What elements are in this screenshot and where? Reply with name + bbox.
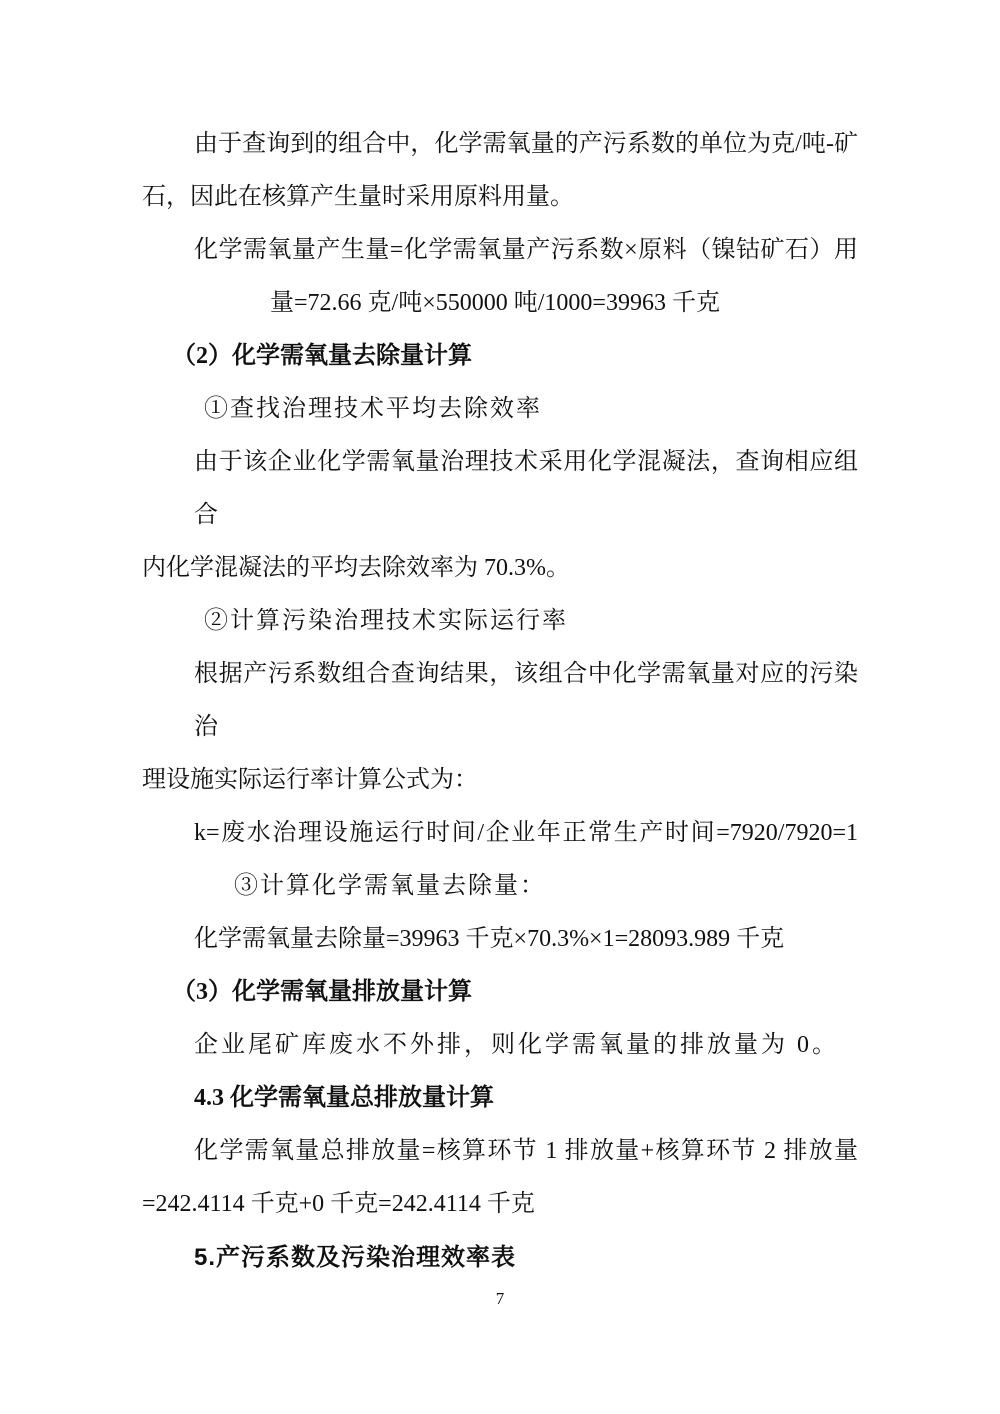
page-body: 由于查询到的组合中，化学需氧量的产污系数的单位为克/吨-矿 石，因此在核算产生量… <box>142 118 858 1284</box>
heading-4-3: 4.3 化学需氧量总排放量计算 <box>142 1072 858 1125</box>
document-page: 由于查询到的组合中，化学需氧量的产污系数的单位为克/吨-矿 石，因此在核算产生量… <box>0 0 1000 1414</box>
equation-line: 化学需氧量总排放量=核算环节 1 排放量+核算环节 2 排放量 <box>142 1125 858 1178</box>
substep-1-line: ①查找治理技术平均去除效率 <box>142 383 858 436</box>
body-line: 企业尾矿库废水不外排，则化学需氧量的排放量为 0。 <box>142 1019 858 1072</box>
body-line: 石，因此在核算产生量时采用原料用量。 <box>142 171 858 224</box>
equation-line: k=废水治理设施运行时间/企业年正常生产时间=7920/7920=1 <box>142 807 858 860</box>
body-line: 内化学混凝法的平均去除效率为 70.3%。 <box>142 542 858 595</box>
body-line: 根据产污系数组合查询结果，该组合中化学需氧量对应的污染治 <box>142 648 858 754</box>
substep-2-line: ②计算污染治理技术实际运行率 <box>142 595 858 648</box>
body-line: 由于查询到的组合中，化学需氧量的产污系数的单位为克/吨-矿 <box>142 118 858 171</box>
equation-line: 化学需氧量去除量=39963 千克×70.3%×1=28093.989 千克 <box>142 913 858 966</box>
heading-cod-removal: （2）化学需氧量去除量计算 <box>142 330 858 383</box>
body-line: 理设施实际运行率计算公式为： <box>142 754 858 807</box>
heading-cod-emission: （3）化学需氧量排放量计算 <box>142 966 858 1019</box>
equation-line: 量=72.66 克/吨×550000 吨/1000=39963 千克 <box>142 277 858 330</box>
substep-3-line: ③计算化学需氧量去除量： <box>142 860 858 913</box>
page-number: 7 <box>0 1288 1000 1310</box>
heading-5: 5.产污系数及污染治理效率表 <box>142 1231 858 1284</box>
body-line: 由于该企业化学需氧量治理技术采用化学混凝法，查询相应组合 <box>142 436 858 542</box>
equation-line: 化学需氧量产生量=化学需氧量产污系数×原料（镍钴矿石）用 <box>142 224 858 277</box>
equation-line: =242.4114 千克+0 千克=242.4114 千克 <box>142 1178 858 1231</box>
